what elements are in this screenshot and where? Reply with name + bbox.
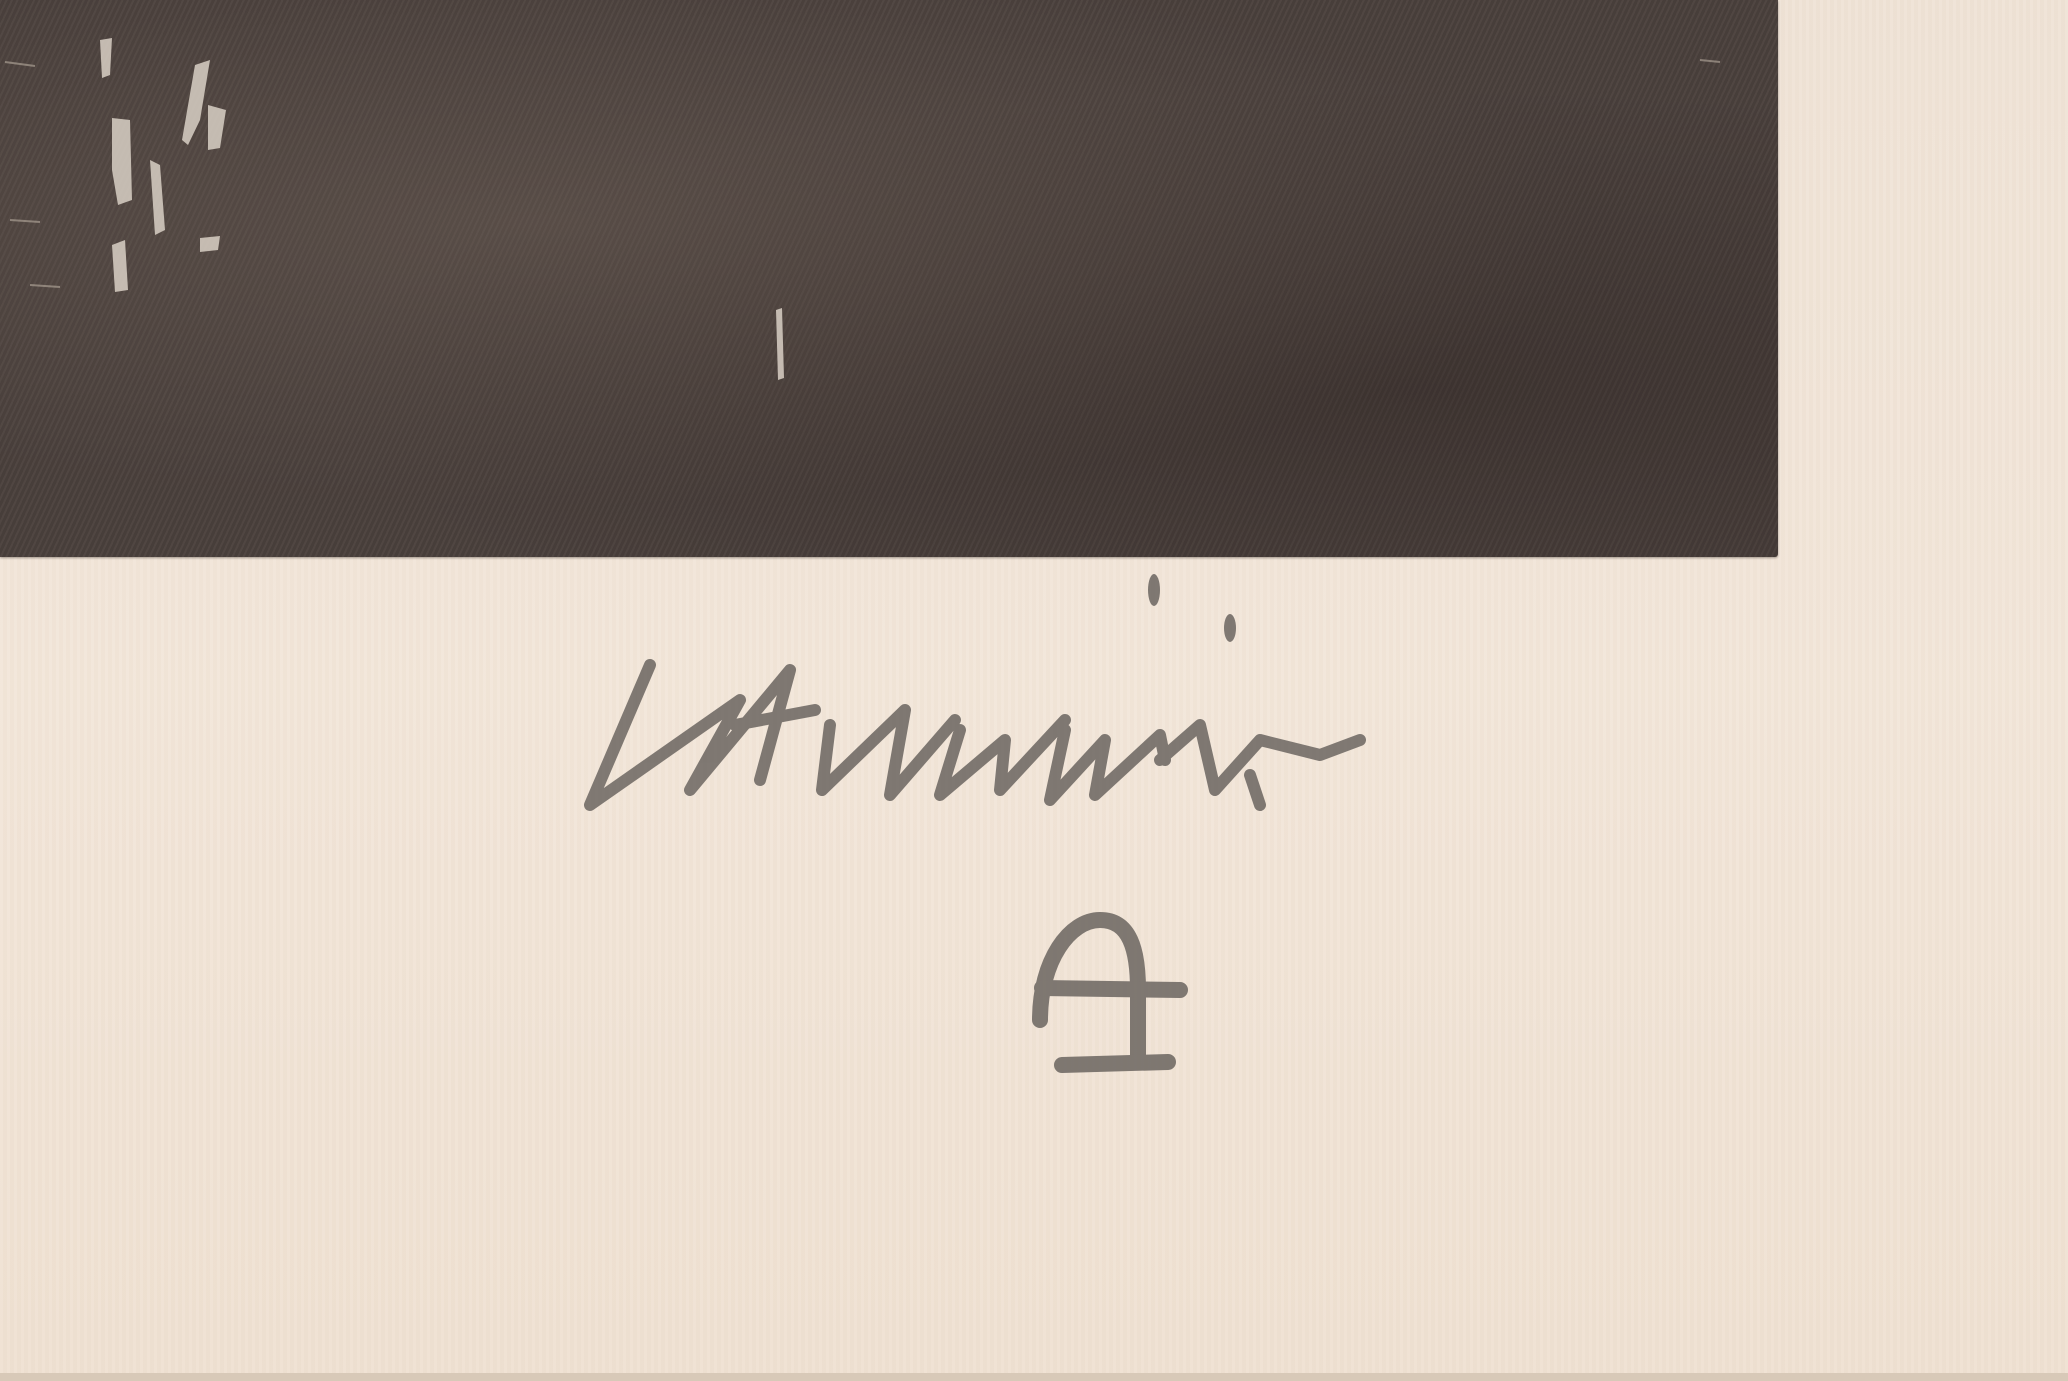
print-highlight-marks — [0, 0, 1778, 557]
paper-bottom-edge — [0, 1373, 2068, 1381]
pencil-signature — [560, 560, 1800, 860]
print-block — [0, 0, 1778, 557]
seal-mark — [1010, 890, 1200, 1090]
